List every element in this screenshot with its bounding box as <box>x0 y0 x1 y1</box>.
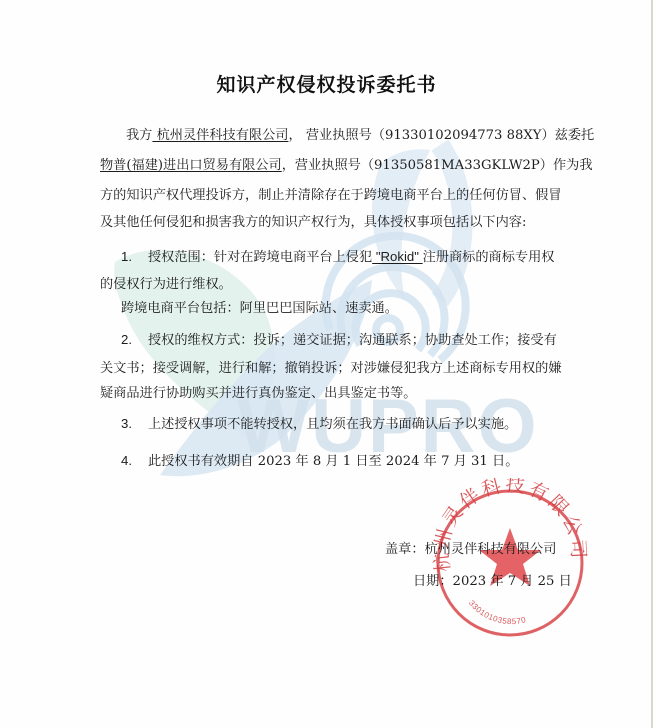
item-4-number: 4. <box>121 452 148 470</box>
intro-line-1: 我方 杭州灵伴科技有限公司， 营业执照号（91330102094773 88XY… <box>126 127 594 145</box>
company-seal-stamp: 杭州灵伴科技有限公司 3301010358570 <box>415 478 605 648</box>
item-1-platforms-note: 跨境电商平台包括：阿里巴巴国际站、速卖通。 <box>121 300 398 318</box>
item-2-line-3: 疑商品进行协助购买并进行真伪鉴定、出具鉴定书等。 <box>100 385 417 403</box>
item-3-line-1: 3.上述授权事项不能转授权，且均须在我方书面确认后予以实施。 <box>121 415 517 434</box>
item-1-number: 1. <box>121 248 148 266</box>
document-page: WUPRO 知识产权侵权投诉委托书 我方 杭州灵伴科技有限公司， 营业执照号（9… <box>0 0 653 728</box>
principal-company: 杭州灵伴科技有限公司 <box>152 128 288 143</box>
item-2-line-2: 关文书；接受调解，进行和解；撤销投诉；对涉嫌侵犯我方上述商标专用权的嫌 <box>100 360 562 378</box>
agent-company: 物普(福建)进出口贸易有限公司 <box>100 158 282 173</box>
document-title: 知识产权侵权投诉委托书 <box>0 70 653 97</box>
item-1-line-1: 1.授权范围：针对在跨境电商平台上侵犯 "Rokid" 注册商标的商标专用权 <box>121 248 554 267</box>
item-4-line-1: 4.此授权书有效期自 2023 年 8 月 1 日至 2024 年 7 月 31… <box>121 452 518 471</box>
date-label: 日期：2023 年 7 月 25 日 <box>413 570 572 589</box>
intro-line-2: 物普(福建)进出口贸易有限公司，营业执照号（91350581MA33GKLW2P… <box>100 157 593 175</box>
item-2-line-1: 2.授权的维权方式：投诉；递交证据；沟通联系；协助查处工作；接受有 <box>121 331 557 350</box>
trademark-rokid: "Rokid" <box>372 249 422 264</box>
svg-text:3301010358570: 3301010358570 <box>467 599 527 627</box>
intro-line-3: 方的知识产权代理投诉方，制止并清除存在于跨境电商平台上的任何仿冒、假冒 <box>100 187 562 205</box>
intro-line-4: 及其他任何侵犯和损害我方的知识产权行为，具体授权事项包括以下内容: <box>100 214 526 232</box>
item-3-number: 3. <box>121 415 148 433</box>
seal-label: 盖章：杭州灵伴科技有限公司 <box>385 538 556 557</box>
item-2-number: 2. <box>121 331 148 349</box>
item-1-line-2: 的侵权行为进行维权。 <box>100 276 232 294</box>
